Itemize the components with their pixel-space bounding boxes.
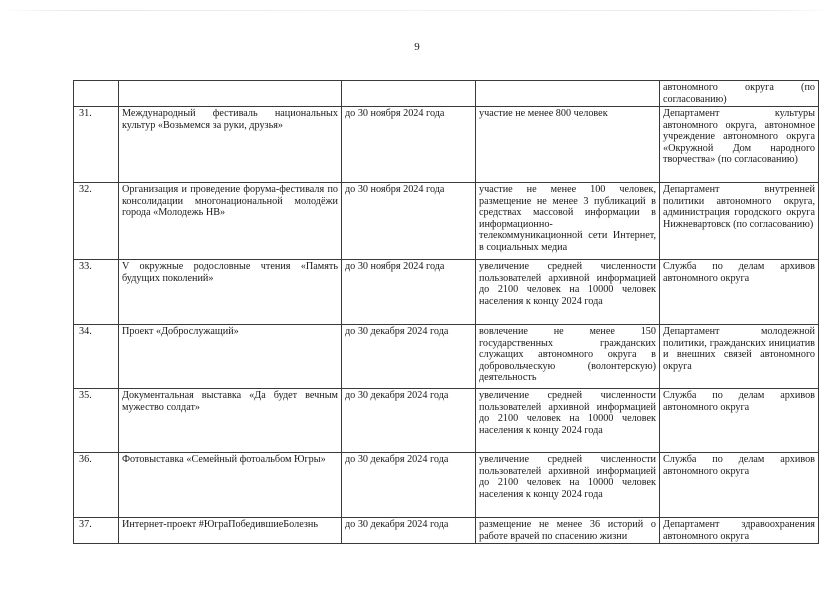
cell-name: Организация и проведение форума-фестивал… (119, 183, 342, 260)
cell-name: Фотовыставка «Семейный фотоальбом Югры» (119, 453, 342, 518)
cell-responsible: Служба по делам архивов автономного окру… (660, 453, 819, 518)
table-row: 32. Организация и проведение форума-фест… (74, 183, 819, 260)
table-row: 37. Интернет-проект #ЮграПобедившиеБолез… (74, 518, 819, 544)
page-number: 9 (0, 41, 834, 53)
cell-result (476, 81, 660, 107)
cell-name (119, 81, 342, 107)
cell-name: Проект «Доброслужащий» (119, 325, 342, 389)
cell-responsible: Служба по делам архивов автономного окру… (660, 260, 819, 325)
cell-num: 32. (74, 183, 119, 260)
cell-name: Документальная выставка «Да будет вечным… (119, 389, 342, 453)
table-row: 36. Фотовыставка «Семейный фотоальбом Юг… (74, 453, 819, 518)
cell-num: 35. (74, 389, 119, 453)
cell-result: увеличение средней численности пользоват… (476, 389, 660, 453)
cell-name: V окружные родословные чтения «Память бу… (119, 260, 342, 325)
cell-date: до 30 ноября 2024 года (342, 260, 476, 325)
cell-result: вовлечение не менее 150 государственных … (476, 325, 660, 389)
cell-result: участие не менее 800 человек (476, 107, 660, 183)
cell-responsible: Департамент внутренней политики автономн… (660, 183, 819, 260)
cell-num: 37. (74, 518, 119, 544)
cell-date: до 30 декабря 2024 года (342, 453, 476, 518)
cell-date (342, 81, 476, 107)
cell-date: до 30 декабря 2024 года (342, 389, 476, 453)
cell-responsible: автономного округа (по согласованию) (660, 81, 819, 107)
cell-date: до 30 декабря 2024 года (342, 518, 476, 544)
cell-name: Интернет-проект #ЮграПобедившиеБолезнь (119, 518, 342, 544)
cell-num (74, 81, 119, 107)
cell-name: Международный фестиваль национальных кул… (119, 107, 342, 183)
cell-num: 36. (74, 453, 119, 518)
table-row: 33. V окружные родословные чтения «Памят… (74, 260, 819, 325)
cell-num: 34. (74, 325, 119, 389)
cell-responsible: Департамент культуры автономного округа,… (660, 107, 819, 183)
cell-num: 33. (74, 260, 119, 325)
cell-responsible: Служба по делам архивов автономного окру… (660, 389, 819, 453)
table-row: 34. Проект «Доброслужащий» до 30 декабря… (74, 325, 819, 389)
cell-responsible: Департамент здравоохранения автономного … (660, 518, 819, 544)
cell-result: размещение не менее 36 историй о работе … (476, 518, 660, 544)
cell-date: до 30 ноября 2024 года (342, 107, 476, 183)
table-row: 31. Международный фестиваль национальных… (74, 107, 819, 183)
cell-num: 31. (74, 107, 119, 183)
table-row-continuation: автономного округа (по согласованию) (74, 81, 819, 107)
table-row: 35. Документальная выставка «Да будет ве… (74, 389, 819, 453)
cell-date: до 30 декабря 2024 года (342, 325, 476, 389)
scan-artifact (0, 10, 834, 11)
cell-result: увеличение средней численности пользоват… (476, 260, 660, 325)
cell-result: участие не менее 100 человек, размещение… (476, 183, 660, 260)
cell-responsible: Департамент молодежной политики, граждан… (660, 325, 819, 389)
cell-result: увеличение средней численности пользоват… (476, 453, 660, 518)
cell-date: до 30 ноября 2024 года (342, 183, 476, 260)
events-table: автономного округа (по согласованию) 31.… (73, 80, 819, 544)
